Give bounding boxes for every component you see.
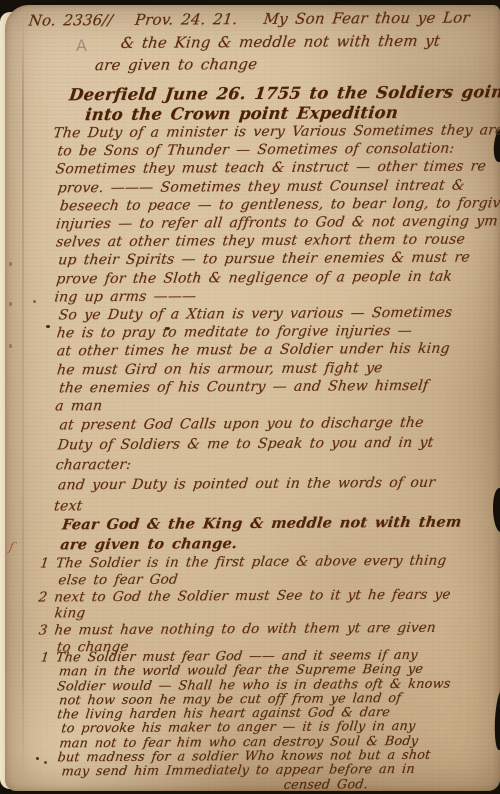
archive-number: No. 2336//: [28, 11, 114, 30]
manuscript-content: No. 2336//Prov. 24. 21.My Son Fear thou …: [0, 0, 500, 794]
section-doctrinal-heads: 1 The Soldier is in the first place & ab…: [31, 552, 500, 656]
section-christians-duty: So ye Duty of a Xtian is very various — …: [29, 303, 498, 415]
scripture-citation: Prov. 24. 21.: [134, 10, 239, 29]
section-header-continuation: & the King & meddle not with them ytare …: [27, 29, 495, 76]
manuscript-line: censed God.: [283, 777, 500, 793]
section-text-quote: Fear God & the King & meddle not with th…: [31, 512, 499, 555]
header-line: No. 2336//Prov. 24. 21.My Son Fear thou …: [27, 6, 498, 31]
section-ministers-duty: The Duty of a minister is very Various S…: [28, 121, 497, 306]
section-present-call: at present God Calls upon you to dischar…: [30, 412, 498, 475]
section-header: No. 2336//Prov. 24. 21.My Son Fear thou …: [27, 6, 495, 31]
manuscript-lines: & the King & meddle not with them ytare …: [0, 0, 497, 2]
opening-words: My Son Fear thou ye Lor: [262, 8, 470, 27]
manuscript-line: & the King & meddle not with them yt: [120, 29, 499, 54]
document-photo: ſ A No. 2336//Prov. 24. 21.My Son Fear t…: [0, 0, 500, 794]
manuscript-line: are given to change: [94, 51, 499, 76]
section-dateline: Deerfield June 26. 1755 to the Soldiers …: [28, 82, 496, 125]
section-soldier-must-fear-god: 1 The Soldier must fear God —— and it se…: [32, 648, 500, 794]
section-duty-pointed-out: and your Duty is pointed out in the word…: [31, 472, 499, 517]
